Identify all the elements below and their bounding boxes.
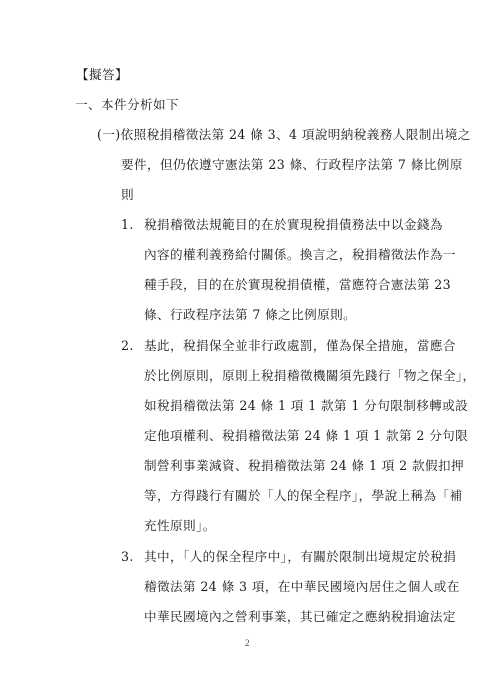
subsection-line: (一)依照稅捐稽徵法第 24 條 3、4 項說明納稅義務人限制出境之 — [97, 127, 471, 143]
item-line: 條、行政程序法第 7 條之比例原則。 — [144, 307, 356, 323]
item-line: 稅捐稽徵法規範目的在於實現稅捐債務法中以金錢為 — [144, 217, 443, 233]
item-number: 3. — [121, 549, 134, 565]
item-number: 1. — [121, 217, 134, 233]
item-line: 如稅捐稽徵法第 24 條 1 項 1 款第 1 分句限制移轉或設 — [144, 398, 468, 414]
item-line: 定他項權利、稅捐稽徵法第 24 條 1 項 1 款第 2 分句限 — [144, 428, 468, 444]
item-line: 充性原則」。 — [144, 518, 216, 534]
item-line: 等，方得踐行有關於「人的保全程序」，學說上稱為「補 — [144, 488, 463, 504]
subsection-line: 要件，但仍依遵守憲法第 23 條、行政程序法第 7 條比例原 — [121, 157, 463, 173]
item-line: 種手段，目的在於實現稅捐債權，當應符合憲法第 23 — [144, 277, 451, 293]
item-line: 內容的權利義務給付關係。換言之，稅捐稽徵法作為一 — [144, 247, 456, 263]
item-line: 稽徵法第 24 條 3 項，在中華民國境內居住之個人或在 — [144, 579, 460, 595]
item-line: 中華民國境內之營利事業，其已確定之應納稅捐逾法定 — [144, 609, 456, 625]
item-line: 於比例原則，原則上稅捐稽徵機關須先踐行「物之保全」， — [144, 368, 476, 384]
item-line: 基此，稅捐保全並非行政處罰，僅為保全措施，當應合 — [144, 338, 456, 354]
section-heading: 一、本件分析如下 — [75, 97, 179, 113]
item-line: 其中，「人的保全程序中」，有關於限制出境規定於稅捐 — [144, 549, 456, 565]
item-line: 制營利事業減資、稅捐稽徵法第 24 條 1 項 2 款假扣押 — [144, 458, 464, 474]
item-number: 2. — [121, 338, 134, 354]
answer-heading: 【擬答】 — [76, 67, 128, 83]
page-number: 2 — [245, 638, 250, 648]
subsection-line: 則 — [121, 187, 134, 203]
